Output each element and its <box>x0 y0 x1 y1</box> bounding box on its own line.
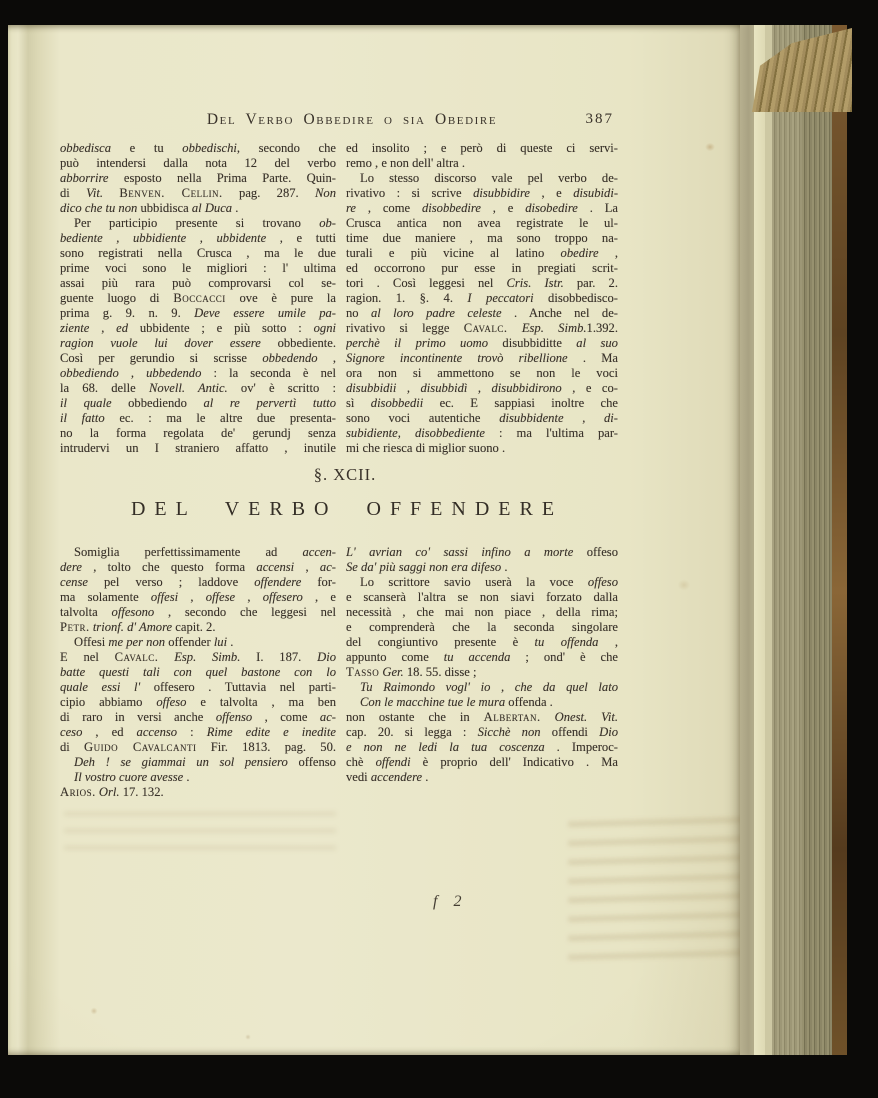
text-line: può intendersi dalla nota 12 del verbo <box>60 156 336 171</box>
text-line: Lo scrittore savio userà la voce offeso <box>346 575 618 590</box>
text-line: intrudervi un I straniero affatto , inut… <box>60 441 336 456</box>
text-line: turali e più vicine al latino obedire , <box>346 246 618 261</box>
text-line: Crusca antica non avea registrate le ul- <box>346 216 618 231</box>
text-line: quale essi l' offesero . Tuttavia nel pa… <box>60 680 336 695</box>
text-line: chè offendi è proprio dell' Indicativo .… <box>346 755 618 770</box>
text-line: la 68. delle Novell. Antic. ov' è scritt… <box>60 381 336 396</box>
text-line: assai più rara può comprovarsi col se- <box>60 276 336 291</box>
text-line: prime voci sono le migliori : l' ultima <box>60 261 336 276</box>
text-line: Tu Raimondo vogl' io , che da quel lato <box>346 680 618 695</box>
text-line: Signore incontinente trovò ribellione . … <box>346 351 618 366</box>
text-line: obbediendo , ubbedendo : la seconda è ne… <box>60 366 336 381</box>
text-line: e scanserà l'altra se non siavi forzato … <box>346 590 618 605</box>
text-line: rivativo : si scrive disubbidire , e dis… <box>346 186 618 201</box>
show-through-ghost <box>568 811 748 964</box>
text-line: batte questi tali con quel bastone con l… <box>60 665 336 680</box>
text-line: Il vostro cuore avesse . <box>60 770 336 785</box>
page-number: 387 <box>586 111 615 128</box>
text-line: disubbidii , disubbidì , disubbidirono ,… <box>346 381 618 396</box>
signature-mark: f 2 <box>433 893 467 911</box>
text-line: perchè il primo uomo disubbiditte al suo <box>346 336 618 351</box>
text-line: no la forma regolata de' gerundj senza <box>60 426 336 441</box>
text-line: bediente , ubbidiente , ubbidente , e tu… <box>60 231 336 246</box>
text-line: tori . Così leggesi nel Cris. Istr. par.… <box>346 276 618 291</box>
text-line: abborrire esposto nella Prima Parte. Qui… <box>60 171 336 186</box>
text-line: ed occorrono pur esse in pregiati scrit- <box>346 261 618 276</box>
section-title: DEL VERBO OFFENDERE <box>60 498 618 521</box>
text-line: cap. 20. si legga : Sicchè non offendi D… <box>346 725 618 740</box>
text-line: talvolta offesono , secondo che leggesi … <box>60 605 336 620</box>
text-line: il quale obbediendo al re pervertì tutto <box>60 396 336 411</box>
page-edge-strip <box>765 25 772 1055</box>
running-head-title: Del Verbo Obbedire o sia Obedire <box>207 111 497 128</box>
text-line: sono voci autentiche disubbidente , di- <box>346 411 618 426</box>
text-line: rivativo si legge Cavalc. Esp. Simb.1.39… <box>346 321 618 336</box>
text-line: dico che tu non ubbidisca al Duca . <box>60 201 336 216</box>
text-line: L' avrian co' sassi infino a morte offes… <box>346 545 618 560</box>
text-line: dere , tolto che questo forma accensi , … <box>60 560 336 575</box>
text-line: Deh ! se giammai un sol pensiero offenso <box>60 755 336 770</box>
text-line: Così per gerundio si scrisse obbedendo , <box>60 351 336 366</box>
fore-edge-pages <box>772 25 802 1055</box>
text-line: ziente , ed ubbidente ; e più sotto : og… <box>60 321 336 336</box>
page-edge-strip <box>754 25 765 1055</box>
text-line: appunto come tu accenda ; ond' è che <box>346 650 618 665</box>
text-line: remo , e non dell' altra . <box>346 156 618 171</box>
text-column-upper-left: obbedisca e tu obbedischi, secondo chepu… <box>60 141 336 456</box>
text-line: di raro in versi anche offenso , come ac… <box>60 710 336 725</box>
text-column-lower-right: L' avrian co' sassi infino a morte offes… <box>346 545 618 785</box>
text-line: Lo stesso discorso vale pel verbo de- <box>346 171 618 186</box>
text-column-upper-right: ed insolito ; e però di queste ci servi-… <box>346 141 618 456</box>
text-line: ora non si ammettono se non le voci <box>346 366 618 381</box>
book-scan: Del Verbo Obbedire o sia Obedire 387 obb… <box>0 0 878 1098</box>
text-line: necessità , che mai non piace , della ri… <box>346 605 618 620</box>
text-line: Tasso Ger. 18. 55. disse ; <box>346 665 618 680</box>
text-line: il fatto ec. : ma le altre due presenta- <box>60 411 336 426</box>
text-line: ma solamente offesi , offese , offesero … <box>60 590 336 605</box>
book-page: Del Verbo Obbedire o sia Obedire 387 obb… <box>8 25 740 1055</box>
text-line: time due maniere , ma sono troppo na- <box>346 231 618 246</box>
text-line: sì disobbedii ec. E sappiasi inoltre che <box>346 396 618 411</box>
text-line: cipio abbiamo offeso e talvolta , ma ben <box>60 695 336 710</box>
text-line: subidiente, disobbediente : ma l'ultima … <box>346 426 618 441</box>
text-line: obbedisca e tu obbedischi, secondo che <box>60 141 336 156</box>
fore-edge-pages <box>802 25 832 1055</box>
text-line: ed insolito ; e però di queste ci servi- <box>346 141 618 156</box>
text-line: e non ne ledi la tua coscenza . Imperoc- <box>346 740 618 755</box>
text-line: E nel Cavalc. Esp. Simb. I. 187. Dio <box>60 650 336 665</box>
show-through-ghost <box>64 805 336 853</box>
text-line: cense pel verso ; laddove offendere for- <box>60 575 336 590</box>
page-edge-strip <box>740 25 754 1055</box>
text-line: Offesi me per non offender lui . <box>60 635 336 650</box>
text-line: Arios. Orl. 17. 132. <box>60 785 336 800</box>
text-line: ragion. 1. §. 4. I peccatori disobbedisc… <box>346 291 618 306</box>
text-line: vedi accendere . <box>346 770 618 785</box>
text-line: Per participio presente si trovano ob- <box>60 216 336 231</box>
text-line: Petr. trionf. d' Amore capit. 2. <box>60 620 336 635</box>
text-line: no al loro padre celeste . Anche nel de- <box>346 306 618 321</box>
text-line: Se da' più saggi non era difeso . <box>346 560 618 575</box>
text-line: Somiglia perfettissimamente ad accen- <box>60 545 336 560</box>
text-line: Con le macchine tue le mura offenda . <box>346 695 618 710</box>
text-line: mi che riesca di miglior suono . <box>346 441 618 456</box>
text-line: re , come disobbedire , e disobedire . L… <box>346 201 618 216</box>
text-line: di Vit. Benven. Cellin. pag. 287. Non <box>60 186 336 201</box>
book-cover-edge <box>832 25 847 1055</box>
text-line: di Guido Cavalcanti Fir. 1813. pag. 50. <box>60 740 336 755</box>
text-line: prima g. 9. n. 9. Deve essere umile pa- <box>60 306 336 321</box>
section-mark: §. XCII. <box>60 465 618 485</box>
text-line: del congiuntivo presente è tu offenda , <box>346 635 618 650</box>
text-line: non ostante che in Albertan. Onest. Vit. <box>346 710 618 725</box>
running-head: Del Verbo Obbedire o sia Obedire 387 <box>60 111 618 129</box>
text-column-lower-left: Somiglia perfettissimamente ad accen-der… <box>60 545 336 800</box>
text-line: e comprenderà che la seconda singolare <box>346 620 618 635</box>
text-line: ragion vuole lui dover essere obbediente… <box>60 336 336 351</box>
text-line: guente luogo di Boccacci ove è pure la <box>60 291 336 306</box>
text-line: ceso , ed accenso : Rime edite e inedite <box>60 725 336 740</box>
text-line: sono registrati nella Crusca , ma le due <box>60 246 336 261</box>
